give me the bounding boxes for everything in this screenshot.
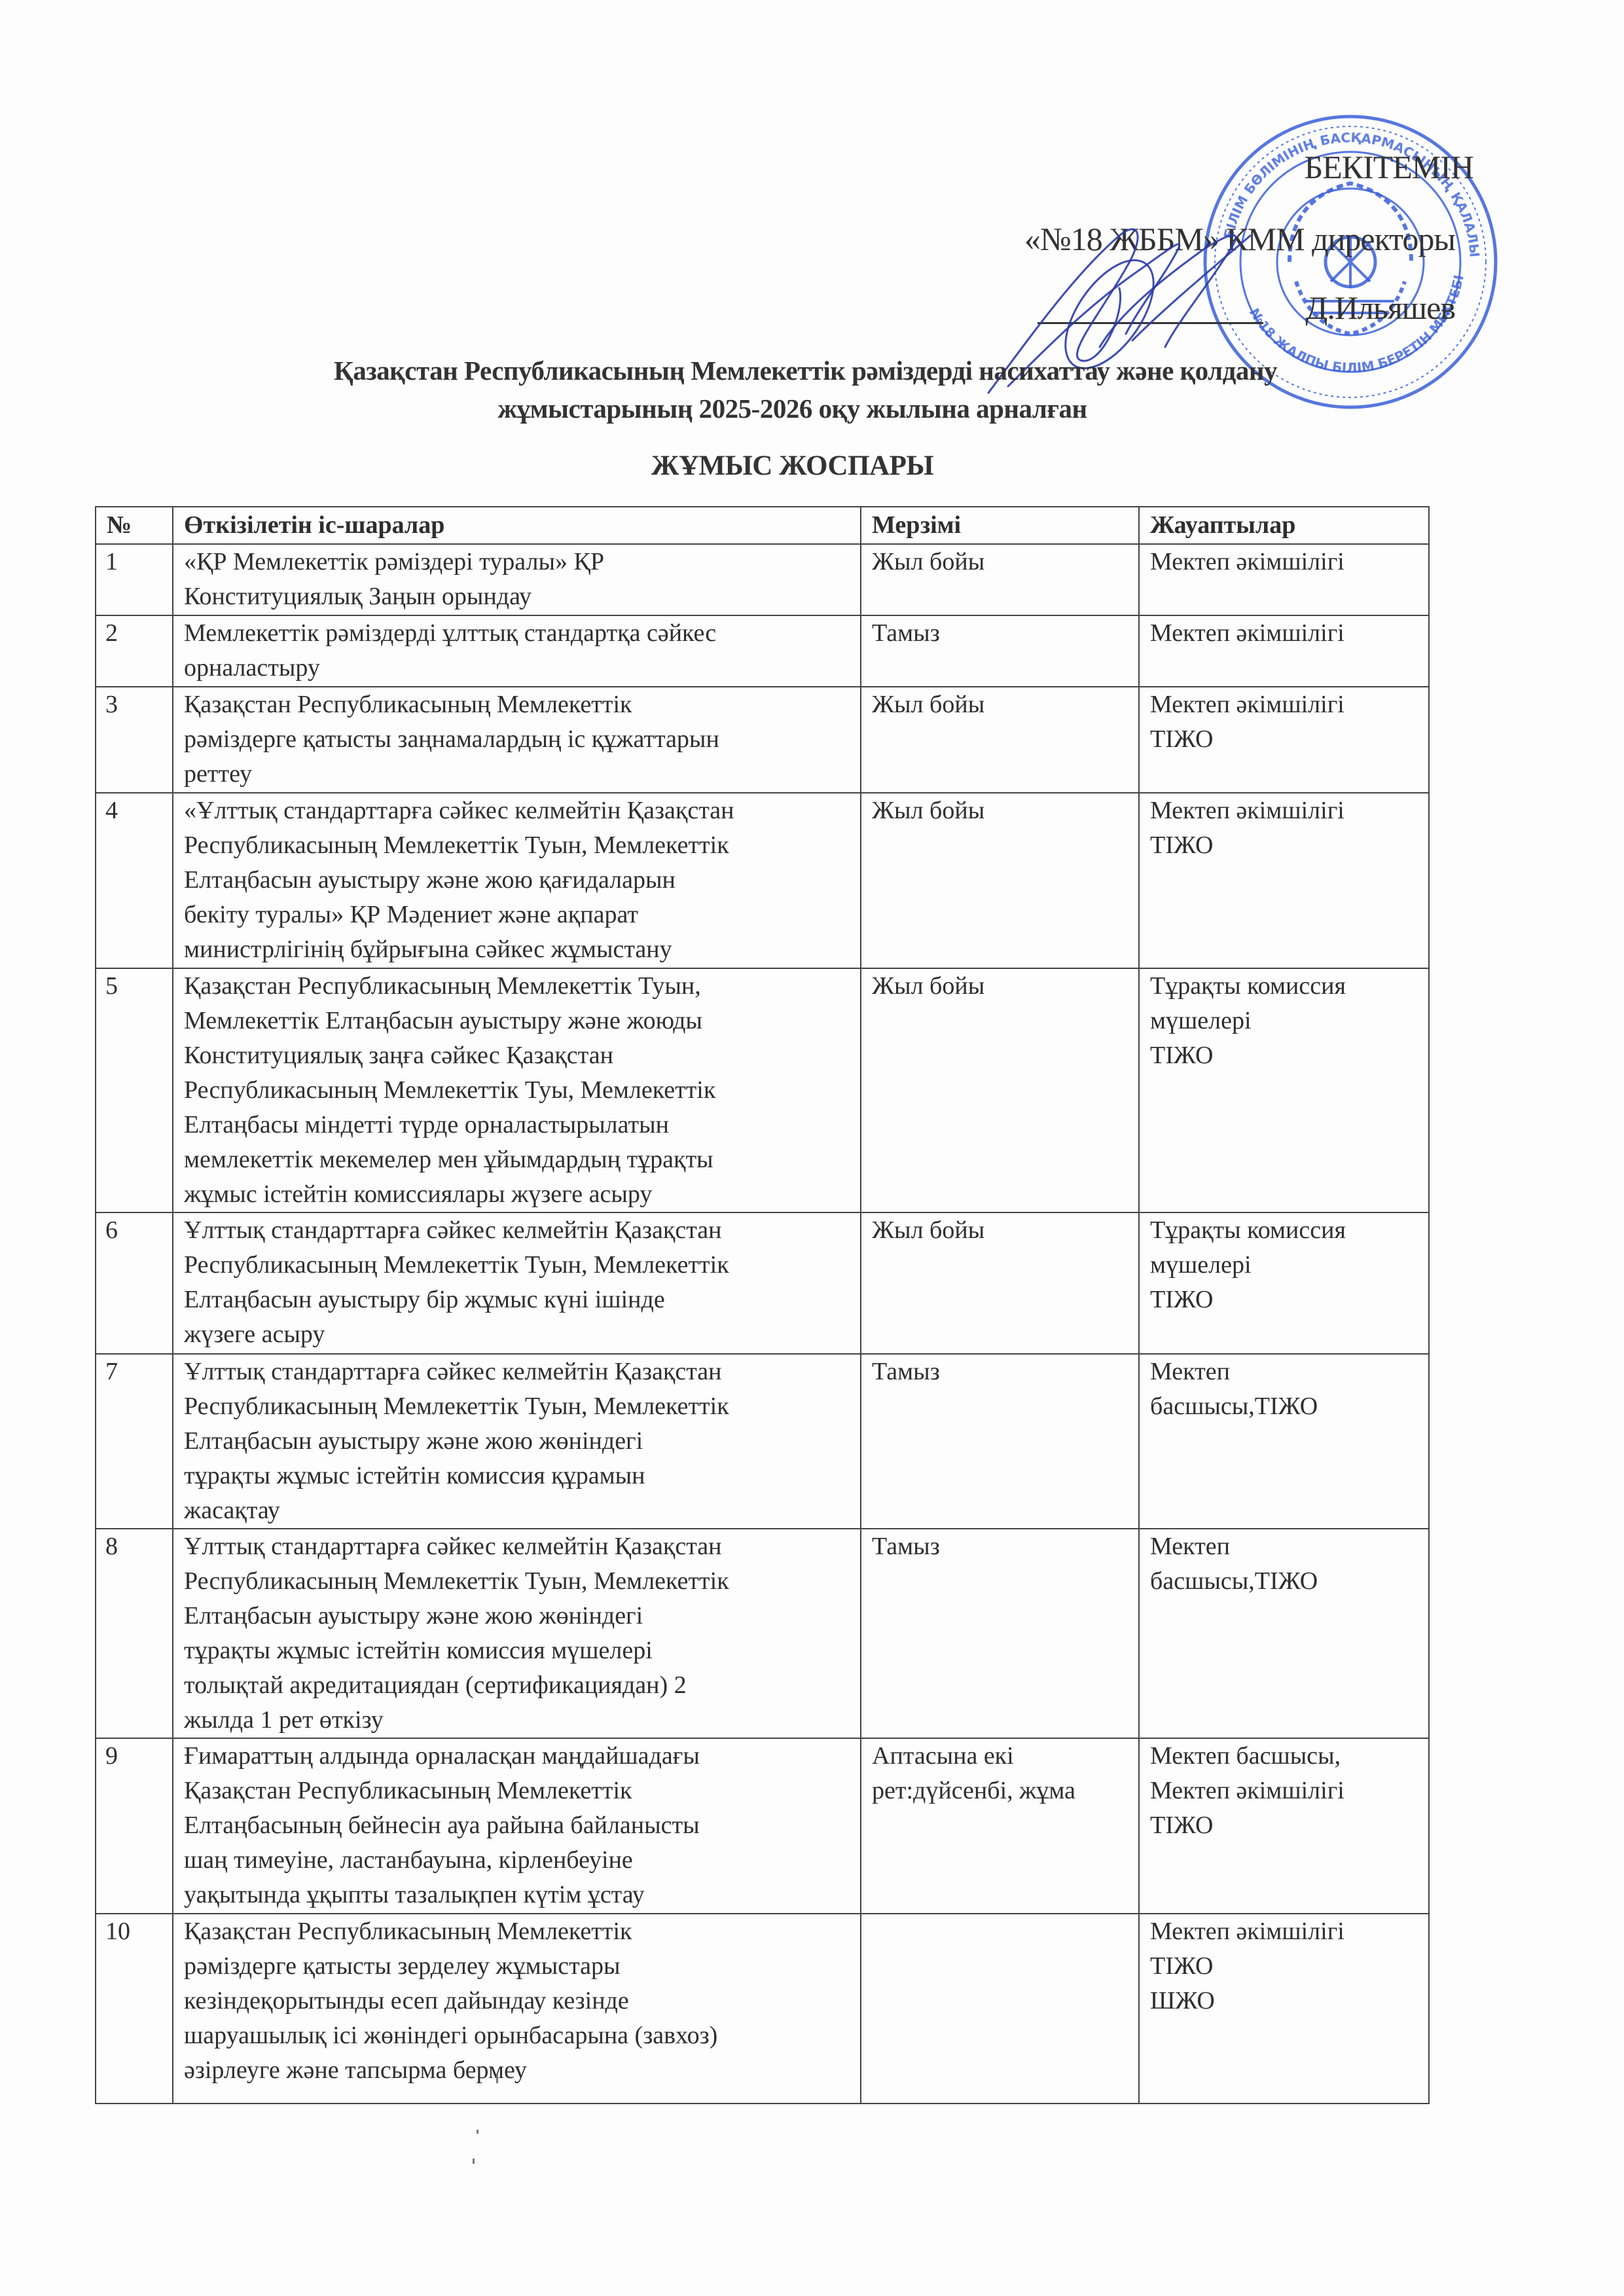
activity-cell-line: Республикасының Мемлекеттік Туын, Мемлек… (184, 828, 854, 863)
activity-cell-line: Елтаңбасын ауыстыру бір жұмыс күні ішінд… (184, 1283, 854, 1317)
table-row: 2Мемлекеттік рәміздерді ұлттық стандартқ… (96, 615, 1429, 687)
responsible-cell-line: басшысы,ТІЖО (1150, 1389, 1422, 1424)
work-plan-table: № Өткізілетін іс-шаралар Мерзімі Жауапты… (95, 506, 1430, 2104)
row-number: 4 (96, 793, 173, 968)
activity-cell-line: шаң тимеуіне, ластанбауына, кірленбеуіне (184, 1843, 854, 1878)
table-row: 9Ғимараттың алдында орналасқан маңдайшад… (96, 1738, 1429, 1914)
activity-cell-line: орналастыру (184, 651, 854, 685)
term-cell: Тамыз (861, 615, 1139, 687)
column-header-activity: Өткізілетін іс-шаралар (173, 507, 861, 544)
term-cell (861, 1914, 1139, 2104)
table-row: 10Қазақстан Республикасының Мемлекеттікр… (96, 1914, 1429, 2104)
row-number: 3 (96, 687, 173, 793)
activity-cell-line: кезіндеқорытынды есеп дайындау кезінде (184, 1984, 854, 2018)
activity-cell-line: Қазақстан Республикасының Мемлекеттік Ту… (184, 969, 854, 1004)
activity-cell-line: шаруашылық ісі жөніндегі орынбасарына (з… (184, 2018, 854, 2053)
term-cell: Жыл бойы (861, 1212, 1139, 1354)
term-cell-line: Тамыз (872, 1529, 1132, 1564)
responsible-cell: Мектеп әкімшілігіТІЖОШЖО (1139, 1914, 1429, 2104)
term-cell-line: Жыл бойы (872, 969, 1132, 1004)
activity-cell: Ұлттық стандарттарға сәйкес келмейтін Қа… (173, 1212, 861, 1354)
responsible-cell-line: Мектеп әкімшілігі (1150, 1914, 1422, 1949)
table-row: 1«ҚР Мемлекеттік рәміздері туралы» ҚРКон… (96, 544, 1429, 615)
responsible-cell: Мектеп әкімшілігіТІЖО (1139, 793, 1429, 968)
table-row: 4«Ұлттық стандарттарға сәйкес келмейтін … (96, 793, 1429, 968)
column-header-responsible: Жауаптылар (1139, 507, 1429, 544)
responsible-cell-line: ШЖО (1150, 1984, 1422, 2018)
activity-cell-line: Ұлттық стандарттарға сәйкес келмейтін Қа… (184, 1213, 854, 1248)
activity-cell-line: рәміздерге қатысты зерделеу жұмыстары (184, 1949, 854, 1984)
activity-cell: «ҚР Мемлекеттік рәміздері туралы» ҚРКонс… (173, 544, 861, 615)
table-row: 6Ұлттық стандарттарға сәйкес келмейтін Қ… (96, 1212, 1429, 1354)
responsible-cell: Мектеп басшысы,Мектеп әкімшілігіТІЖО (1139, 1738, 1429, 1914)
term-cell-line: Тамыз (872, 1355, 1132, 1389)
term-cell-line: Жыл бойы (872, 687, 1132, 722)
approval-label: БЕКІТЕМІН (1304, 151, 1473, 183)
activity-cell-line: Елтаңбасының бейнесін ауа райына байланы… (184, 1808, 854, 1843)
row-number: 6 (96, 1212, 173, 1354)
responsible-cell-line: мүшелері (1150, 1004, 1422, 1038)
term-cell-line: Тамыз (872, 616, 1132, 651)
responsible-cell-line: ТІЖО (1150, 828, 1422, 863)
activity-cell-line: тұрақты жұмыс істейтін комиссия мүшелері (184, 1633, 854, 1668)
responsible-cell-line: Мектеп әкімшілігі (1150, 687, 1422, 722)
responsible-cell: Тұрақты комиссиямүшелеріТІЖО (1139, 1212, 1429, 1354)
activity-cell: Қазақстан Республикасының Мемлекеттікрәм… (173, 687, 861, 793)
plan-heading: ЖҰМЫС ЖОСПАРЫ (0, 452, 1604, 480)
term-cell-line: Жыл бойы (872, 545, 1132, 579)
responsible-cell: Тұрақты комиссиямүшелеріТІЖО (1139, 968, 1429, 1212)
director-role: «№18 ЖББМ» КММ директоры (1024, 223, 1455, 255)
responsible-cell-line: ТІЖО (1150, 1949, 1422, 1984)
term-cell-line: Аптасына екі (872, 1739, 1132, 1774)
activity-cell-line: Ұлттық стандарттарға сәйкес келмейтін Қа… (184, 1355, 854, 1389)
term-cell: Жыл бойы (861, 544, 1139, 615)
director-name: Д.Ильяшев (1305, 291, 1455, 324)
term-cell: Жыл бойы (861, 968, 1139, 1212)
activity-cell-line: «Ұлттық стандарттарға сәйкес келмейтін Қ… (184, 793, 854, 828)
activity-cell: Мемлекеттік рәміздерді ұлттық стандартқа… (173, 615, 861, 687)
responsible-cell: Мектепбасшысы,ТІЖО (1139, 1354, 1429, 1529)
term-cell-line: рет:дүйсенбі, жұма (872, 1774, 1132, 1808)
activity-cell: Ұлттық стандарттарға сәйкес келмейтін Қа… (173, 1529, 861, 1738)
row-number: 5 (96, 968, 173, 1212)
activity-cell-line: Елтаңбасын ауыстыру және жою жөніндегі (184, 1424, 854, 1459)
activity-cell-line: Елтаңбасын ауыстыру және жою жөніндегі (184, 1599, 854, 1633)
document-title-line-2: жұмыстарының 2025-2026 оқу жылына арналғ… (0, 395, 1604, 422)
activity-cell-line: әзірлеуге және тапсырма бермеу (184, 2053, 854, 2088)
activity-cell-line: Мемлекеттік рәміздерді ұлттық стандартқа… (184, 616, 854, 651)
row-number: 8 (96, 1529, 173, 1738)
activity-cell-line: Республикасының Мемлекеттік Туын, Мемлек… (184, 1564, 854, 1599)
table-row: 5Қазақстан Республикасының Мемлекеттік Т… (96, 968, 1429, 1212)
table-row: 8Ұлттық стандарттарға сәйкес келмейтін Қ… (96, 1529, 1429, 1738)
row-number: 7 (96, 1354, 173, 1529)
activity-cell-line: министрлігінің бұйрығына сәйкес жұмыстан… (184, 932, 854, 967)
responsible-cell-line: ТІЖО (1150, 1808, 1422, 1843)
activity-cell-line: жылда 1 рет өткізу (184, 1703, 854, 1738)
responsible-cell-line: басшысы,ТІЖО (1150, 1564, 1422, 1599)
activity-cell: Ұлттық стандарттарға сәйкес келмейтін Қа… (173, 1354, 861, 1529)
term-cell: Тамыз (861, 1529, 1139, 1738)
responsible-cell-line: мүшелері (1150, 1248, 1422, 1283)
activity-cell-line: Қазақстан Республикасының Мемлекеттік (184, 1914, 854, 1949)
activity-cell-line: тұрақты жұмыс істейтін комиссия құрамын (184, 1459, 854, 1493)
responsible-cell-line: Мектеп әкімшілігі (1150, 545, 1422, 579)
activity-cell-line: жүзеге асыру (184, 1317, 854, 1352)
responsible-cell-line: ТІЖО (1150, 722, 1422, 757)
column-header-term: Мерзімі (861, 507, 1139, 544)
activity-cell: Қазақстан Республикасының Мемлекеттік Ту… (173, 968, 861, 1212)
activity-cell-line: Қазақстан Республикасының Мемлекеттік (184, 1774, 854, 1808)
responsible-cell: Мектеп әкімшілігіТІЖО (1139, 687, 1429, 793)
scan-speck (496, 2074, 498, 2083)
activity-cell-line: Конституциялық заңға сәйкес Қазақстан (184, 1038, 854, 1073)
activity-cell-line: Республикасының Мемлекеттік Туын, Мемлек… (184, 1389, 854, 1424)
responsible-cell: Мектеп әкімшілігі (1139, 544, 1429, 615)
activity-cell-line: Республикасының Мемлекеттік Туын, Мемлек… (184, 1248, 854, 1283)
term-cell-line: Жыл бойы (872, 1213, 1132, 1248)
responsible-cell-line: Мектеп әкімшілігі (1150, 616, 1422, 651)
term-cell-line: Жыл бойы (872, 793, 1132, 828)
activity-cell-line: Қазақстан Республикасының Мемлекеттік (184, 687, 854, 722)
activity-cell: Ғимараттың алдында орналасқан маңдайшада… (173, 1738, 861, 1914)
activity-cell-line: рәміздерге қатысты заңнамалардың іс құжа… (184, 722, 854, 757)
activity-cell-line: Конституциялық Заңын орындау (184, 579, 854, 614)
term-cell: Аптасына екірет:дүйсенбі, жұма (861, 1738, 1139, 1914)
activity-cell: Қазақстан Республикасының Мемлекеттікрәм… (173, 1914, 861, 2104)
responsible-cell-line: Мектеп басшысы, (1150, 1739, 1422, 1774)
column-header-number: № (96, 507, 173, 544)
scan-speck (473, 2159, 475, 2164)
row-number: 9 (96, 1738, 173, 1914)
term-cell: Жыл бойы (861, 687, 1139, 793)
activity-cell-line: уақытында ұқыпты тазалықпен күтім ұстау (184, 1878, 854, 1912)
scan-speck (477, 2130, 478, 2134)
activity-cell-line: мемлекеттік мекемелер мен ұйымдардың тұр… (184, 1142, 854, 1177)
responsible-cell-line: ТІЖО (1150, 1038, 1422, 1073)
responsible-cell-line: Мектеп әкімшілігі (1150, 1774, 1422, 1808)
responsible-cell-line: ТІЖО (1150, 1283, 1422, 1317)
activity-cell-line: «ҚР Мемлекеттік рәміздері туралы» ҚР (184, 545, 854, 579)
activity-cell-line: Мемлекеттік Елтаңбасын ауыстыру және жою… (184, 1004, 854, 1038)
responsible-cell: Мектеп әкімшілігі (1139, 615, 1429, 687)
responsible-cell-line: Мектеп әкімшілігі (1150, 793, 1422, 828)
responsible-cell: Мектепбасшысы,ТІЖО (1139, 1529, 1429, 1738)
signature-line (1038, 322, 1263, 324)
activity-cell-line: Елтаңбасы міндетті түрде орналастырылаты… (184, 1108, 854, 1142)
responsible-cell-line: Мектеп (1150, 1355, 1422, 1389)
document-title-line-1: Қазақстан Республикасының Мемлекеттік рә… (0, 357, 1617, 384)
responsible-cell-line: Мектеп (1150, 1529, 1422, 1564)
row-number: 2 (96, 615, 173, 687)
row-number: 10 (96, 1914, 173, 2104)
table-row: 7Ұлттық стандарттарға сәйкес келмейтін Қ… (96, 1354, 1429, 1529)
activity-cell-line: жұмыс істейтін комиссиялары жүзеге асыру (184, 1177, 854, 1212)
table-header-row: № Өткізілетін іс-шаралар Мерзімі Жауапты… (96, 507, 1429, 544)
activity-cell-line: Республикасының Мемлекеттік Туы, Мемлеке… (184, 1073, 854, 1108)
table-row: 3Қазақстан Республикасының Мемлекеттікрә… (96, 687, 1429, 793)
activity-cell-line: жасақтау (184, 1493, 854, 1528)
activity-cell-line: бекіту туралы» ҚР Мәдениет және ақпарат (184, 898, 854, 932)
activity-cell-line: Ғимараттың алдында орналасқан маңдайшада… (184, 1739, 854, 1774)
activity-cell-line: толықтай акредитациядан (сертификациядан… (184, 1668, 854, 1703)
responsible-cell-line: Тұрақты комиссия (1150, 1213, 1422, 1248)
responsible-cell-line: Тұрақты комиссия (1150, 969, 1422, 1004)
activity-cell-line: реттеу (184, 757, 854, 792)
term-cell: Тамыз (861, 1354, 1139, 1529)
activity-cell-line: Елтаңбасын ауыстыру және жою қағидаларын (184, 863, 854, 898)
row-number: 1 (96, 544, 173, 615)
activity-cell: «Ұлттық стандарттарға сәйкес келмейтін Қ… (173, 793, 861, 968)
activity-cell-line: Ұлттық стандарттарға сәйкес келмейтін Қа… (184, 1529, 854, 1564)
term-cell: Жыл бойы (861, 793, 1139, 968)
